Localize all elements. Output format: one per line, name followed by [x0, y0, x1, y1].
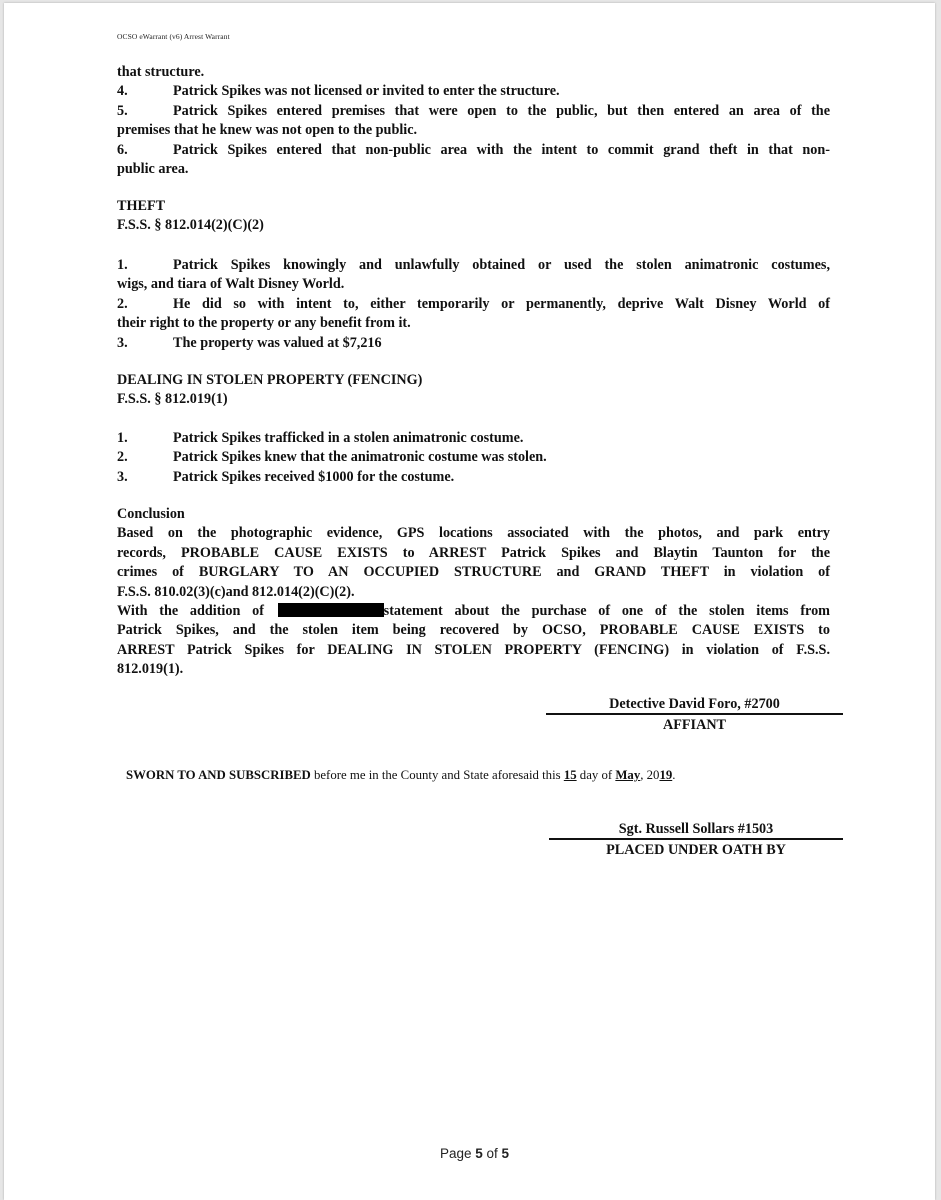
- list-item-continuation: their right to the property or any benef…: [117, 314, 830, 333]
- list-item: 2.He did so with intent to, either tempo…: [117, 295, 830, 314]
- conclusion-line: With the addition of statement about the…: [117, 602, 830, 621]
- affiant-role: AFFIANT: [546, 715, 843, 735]
- sworn-day: 15: [564, 768, 577, 782]
- list-item: 4.Patrick Spikes was not licensed or inv…: [117, 82, 830, 101]
- total-pages: 5: [502, 1146, 510, 1161]
- conclusion-line: ARREST Patrick Spikes for DEALING IN STO…: [117, 641, 830, 660]
- fencing-elements: 1.Patrick Spikes trafficked in a stolen …: [117, 429, 547, 487]
- document-header: OCSO eWarrant (v6) Arrest Warrant: [117, 32, 230, 41]
- conclusion-line: records, PROBABLE CAUSE EXISTS to ARREST…: [117, 544, 830, 563]
- list-item-continuation: wigs, and tiara of Walt Disney World.: [117, 275, 830, 294]
- conclusion-line: 812.019(1).: [117, 660, 830, 679]
- sworn-statement: SWORN TO AND SUBSCRIBED before me in the…: [126, 768, 675, 783]
- burglary-elements-continued: that structure. 4.Patrick Spikes was not…: [117, 63, 830, 179]
- page-footer: Page 5 of 5: [4, 1146, 941, 1161]
- oath-officer-signature-block: Sgt. Russell Sollars #1503 PLACED UNDER …: [549, 820, 843, 860]
- oath-officer-name: Sgt. Russell Sollars #1503: [549, 820, 843, 838]
- section-heading: Conclusion: [117, 505, 830, 524]
- conclusion-line: Based on the photographic evidence, GPS …: [117, 524, 830, 543]
- theft-heading-block: THEFT F.S.S. § 812.014(2)(C)(2): [117, 197, 264, 236]
- sworn-year: 19: [659, 768, 672, 782]
- list-item: 3.Patrick Spikes received $1000 for the …: [117, 468, 547, 487]
- sworn-month: May: [615, 768, 640, 782]
- list-item: 5.Patrick Spikes entered premises that w…: [117, 102, 830, 121]
- list-item-continuation: premises that he knew was not open to th…: [117, 121, 830, 140]
- affiant-signature-block: Detective David Foro, #2700 AFFIANT: [546, 695, 843, 735]
- theft-elements: 1.Patrick Spikes knowingly and unlawfull…: [117, 256, 830, 353]
- statute-citation: F.S.S. § 812.019(1): [117, 390, 422, 409]
- list-item-continuation: public area.: [117, 160, 830, 179]
- statute-citation: F.S.S. § 812.014(2)(C)(2): [117, 216, 264, 235]
- continuation-line: that structure.: [117, 63, 830, 82]
- conclusion-line: crimes of BURGLARY TO AN OCCUPIED STRUCT…: [117, 563, 830, 582]
- document-page: OCSO eWarrant (v6) Arrest Warrant that s…: [4, 3, 935, 1200]
- affiant-name: Detective David Foro, #2700: [546, 695, 843, 713]
- conclusion-section: Conclusion Based on the photographic evi…: [117, 505, 830, 680]
- oath-officer-role: PLACED UNDER OATH BY: [549, 840, 843, 860]
- list-item: 3.The property was valued at $7,216: [117, 334, 830, 353]
- conclusion-line: F.S.S. 810.02(3)(c)and 812.014(2)(C)(2).: [117, 583, 830, 602]
- list-item: 6.Patrick Spikes entered that non-public…: [117, 141, 830, 160]
- section-heading: DEALING IN STOLEN PROPERTY (FENCING): [117, 371, 422, 390]
- conclusion-line: Patrick Spikes, and the stolen item bein…: [117, 621, 830, 640]
- list-item: 1.Patrick Spikes knowingly and unlawfull…: [117, 256, 830, 275]
- section-heading: THEFT: [117, 197, 264, 216]
- fencing-heading-block: DEALING IN STOLEN PROPERTY (FENCING) F.S…: [117, 371, 422, 410]
- current-page-number: 5: [475, 1146, 483, 1161]
- list-item: 1.Patrick Spikes trafficked in a stolen …: [117, 429, 547, 448]
- redaction-bar: [278, 603, 384, 617]
- list-item: 2.Patrick Spikes knew that the animatron…: [117, 448, 547, 467]
